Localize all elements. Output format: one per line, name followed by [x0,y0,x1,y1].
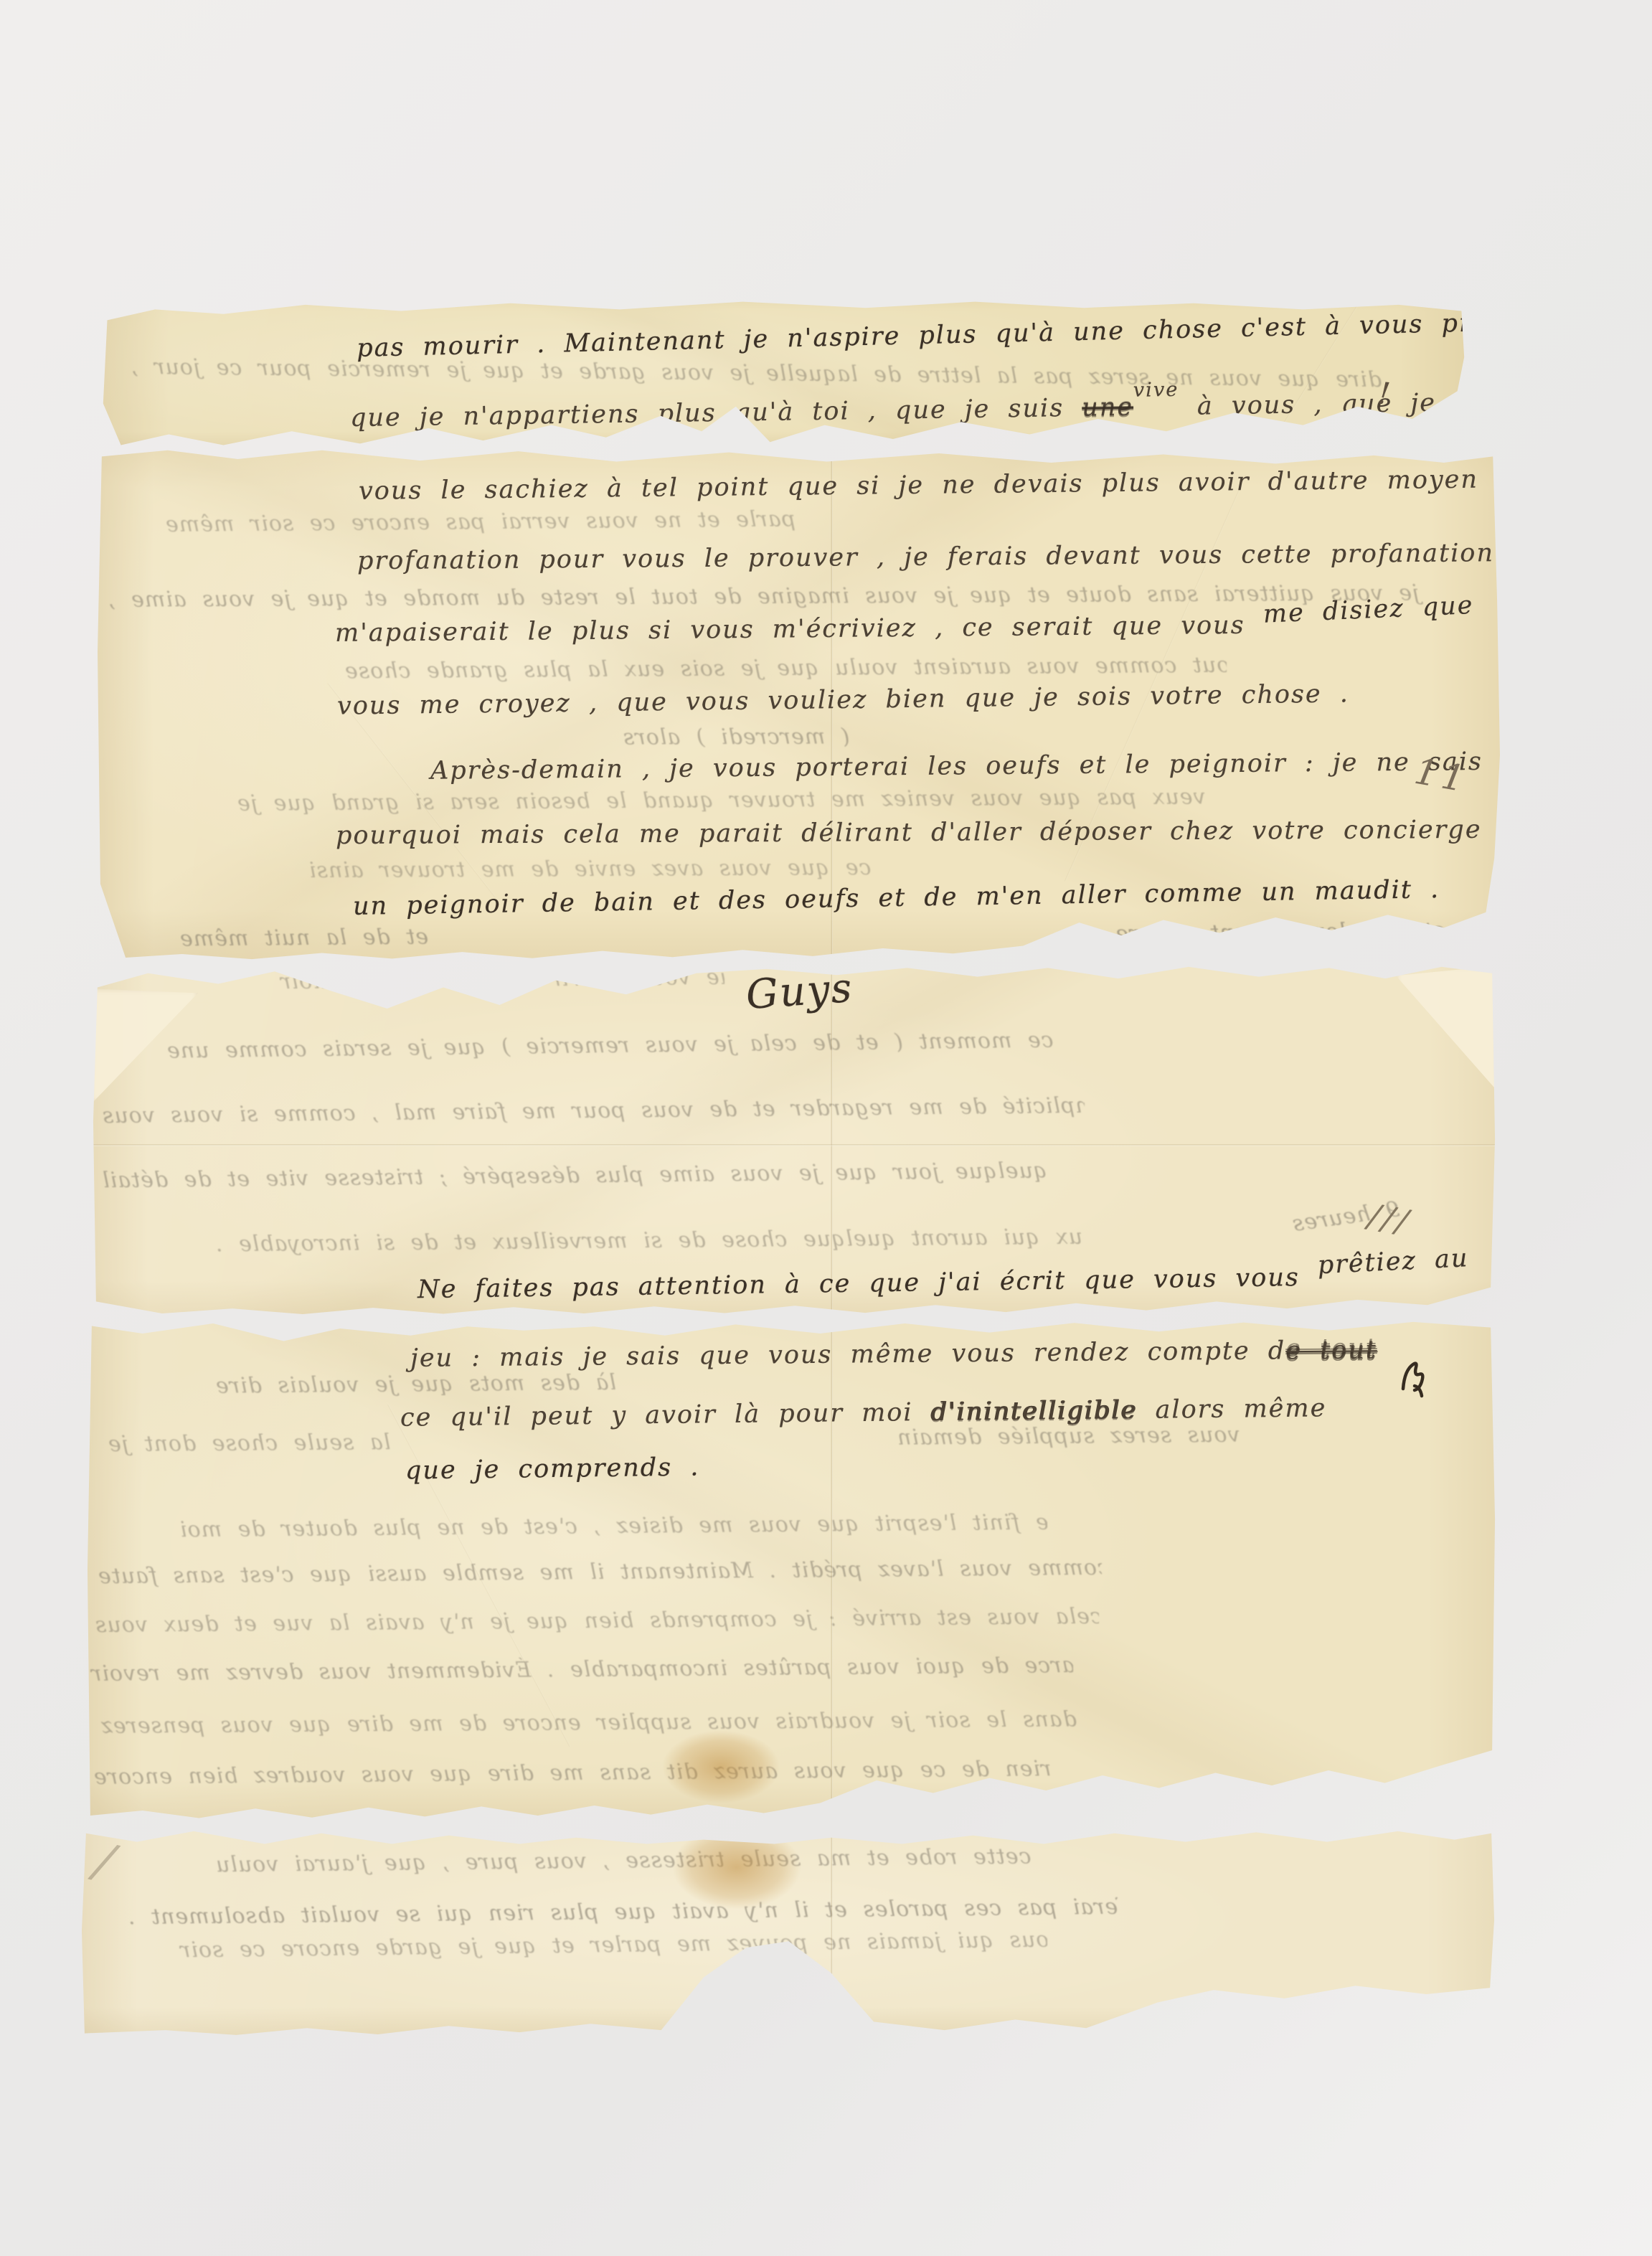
handwritten-segment: alors même [1137,1394,1326,1425]
bleed-through-line: et très longuement encore [1115,918,1453,947]
handwritten-line: que je comprends . [405,1453,700,1485]
fold-crease-horizontal [92,1144,1498,1146]
bleed-through-line: là des mots que je voulais dire [215,1369,667,1398]
handwritten-segment: , que je suis [849,394,1082,426]
fold-crease-vertical [831,1318,833,1821]
handwritten-line: pourquoi mais cela me parait délirant d'… [336,816,1482,850]
letter-strip-1: pas mourir . Maintenant je n'aspire plus… [100,296,1467,450]
bleed-through-line: dans ce que vous avez envie de me trouve… [308,855,882,883]
bleed-through-text: de peur que vous guérir , je ne peux vou… [280,965,724,994]
bleed-through-text: et de la nuit même [179,924,428,951]
bleed-through-text: la seule chose dont je [108,1430,391,1457]
bleed-through-text: et très longuement encore [1115,918,1446,947]
handwritten-segment: ce qu'il peut y avoir là pour moi [400,1398,931,1433]
letter-strip-3: Guys Ne faites pas attention à ce que j'… [92,963,1498,1316]
handwritten-segment-strike: une [1082,393,1133,423]
paper-strip-3 [92,963,1498,1316]
handwritten-segment-sup: vive [1133,379,1179,402]
signature: Guys [745,965,854,1019]
margin-mark: /// [1366,1196,1414,1241]
bleed-through-text: là des mots que je voulais dire [215,1370,616,1399]
fold-crease-vertical [831,1825,833,2036]
handwritten-segment-scribble: e tout [1285,1336,1377,1365]
fold-crease-vertical [831,963,833,1316]
handwritten-segment: pourquoi mais cela me parait délirant d'… [336,816,1482,850]
stain [646,1720,796,1813]
ink-blot [1396,1357,1429,1406]
bleed-through-line: de peur que vous guérir , je ne peux vou… [280,965,724,994]
letter-photograph: pas mourir . Maintenant je n'aspire plus… [0,0,1652,2256]
letter-strip-2: vous le sachiez à tel point que si je ne… [98,446,1500,961]
stain [654,1813,819,1921]
bleed-through-line: et de la nuit même [179,924,430,951]
bleed-through-line: la seule chose dont je [108,1429,509,1457]
letter-strip-4: jeu : mais je sais que vous même vous re… [86,1318,1498,1821]
handwritten-segment-overwrite: d'inintelligible [930,1396,1137,1427]
letter-strip-5: cette robe et ma seule tristesse , vous … [80,1825,1497,2036]
bleed-through-text: dans ce que vous avez envie de me trouve… [308,855,882,883]
bleed-through-text: ( mercredi ) alors [623,724,850,750]
handwritten-segment: que je comprends . [405,1453,700,1485]
